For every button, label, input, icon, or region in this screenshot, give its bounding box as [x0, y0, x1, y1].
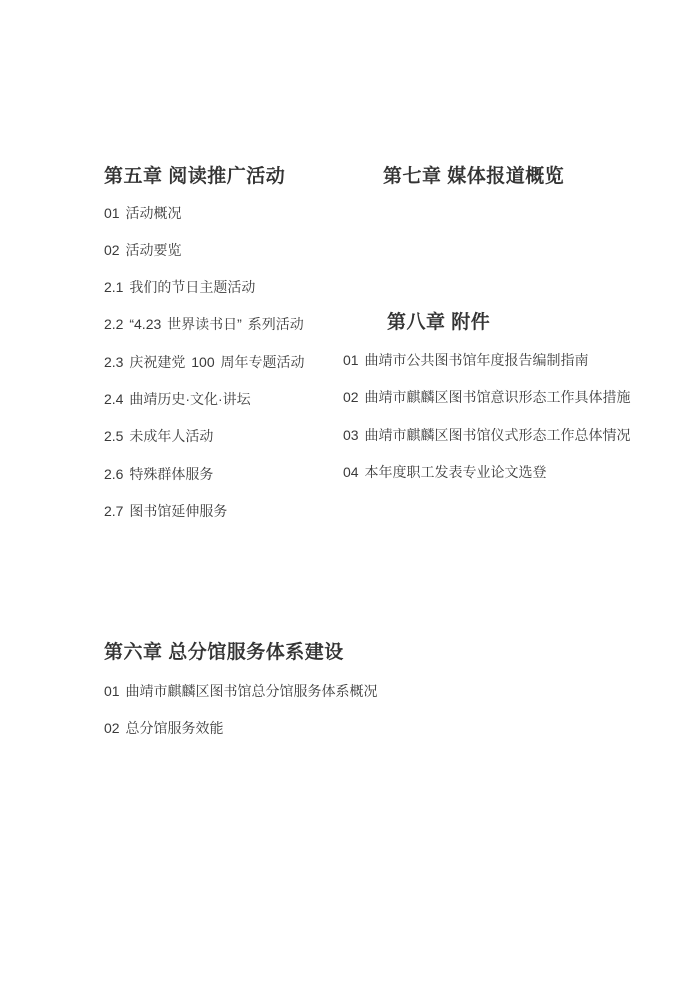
toc-item: 2.1 我们的节日主题活动 [104, 280, 305, 294]
chapter6-heading: 第六章 总分馆服务体系建设 [104, 643, 377, 663]
toc-item: 02 曲靖市麒麟区图书馆意识形态工作具体措施 [343, 390, 630, 404]
toc-item: 2.3 庆祝建党 100 周年专题活动 [104, 355, 305, 369]
toc-item: 2.2 “4.23 世界读书日” 系列活动 [104, 317, 305, 331]
toc-item: 2.4 曲靖历史·文化·讲坛 [104, 392, 305, 406]
toc-item: 2.7 图书馆延伸服务 [104, 504, 305, 518]
toc-item: 01 曲靖市公共图书馆年度报告编制指南 [343, 353, 630, 367]
toc-item: 2.5 未成年人活动 [104, 429, 305, 443]
chapter6-item-list: 01 曲靖市麒麟区图书馆总分馆服务体系概况 02 总分馆服务效能 [104, 684, 377, 735]
document-page: 第五章 阅读推广活动 01 活动概况 02 活动要览 2.1 我们的节日主题活动… [0, 0, 700, 990]
toc-item: 04 本年度职工发表专业论文选登 [343, 465, 630, 479]
toc-item: 02 活动要览 [104, 243, 305, 257]
chapter5-section: 第五章 阅读推广活动 01 活动概况 02 活动要览 2.1 我们的节日主题活动… [104, 167, 305, 541]
toc-item: 03 曲靖市麒麟区图书馆仪式形态工作总体情况 [343, 428, 630, 442]
chapter7-heading: 第七章 媒体报道概览 [383, 167, 564, 187]
toc-item: 01 曲靖市麒麟区图书馆总分馆服务体系概况 [104, 684, 377, 698]
toc-item: 02 总分馆服务效能 [104, 721, 377, 735]
chapter7-section: 第七章 媒体报道概览 [383, 167, 564, 187]
chapter5-heading: 第五章 阅读推广活动 [104, 167, 305, 187]
chapter8-heading: 第八章 附件 [343, 313, 630, 333]
chapter5-item-list: 01 活动概况 02 活动要览 2.1 我们的节日主题活动 2.2 “4.23 … [104, 206, 305, 518]
toc-item: 01 活动概况 [104, 206, 305, 220]
chapter8-item-list: 01 曲靖市公共图书馆年度报告编制指南 02 曲靖市麒麟区图书馆意识形态工作具体… [343, 353, 630, 479]
chapter8-section: 第八章 附件 01 曲靖市公共图书馆年度报告编制指南 02 曲靖市麒麟区图书馆意… [343, 313, 630, 502]
chapter6-section: 第六章 总分馆服务体系建设 01 曲靖市麒麟区图书馆总分馆服务体系概况 02 总… [104, 643, 377, 759]
toc-item: 2.6 特殊群体服务 [104, 467, 305, 481]
